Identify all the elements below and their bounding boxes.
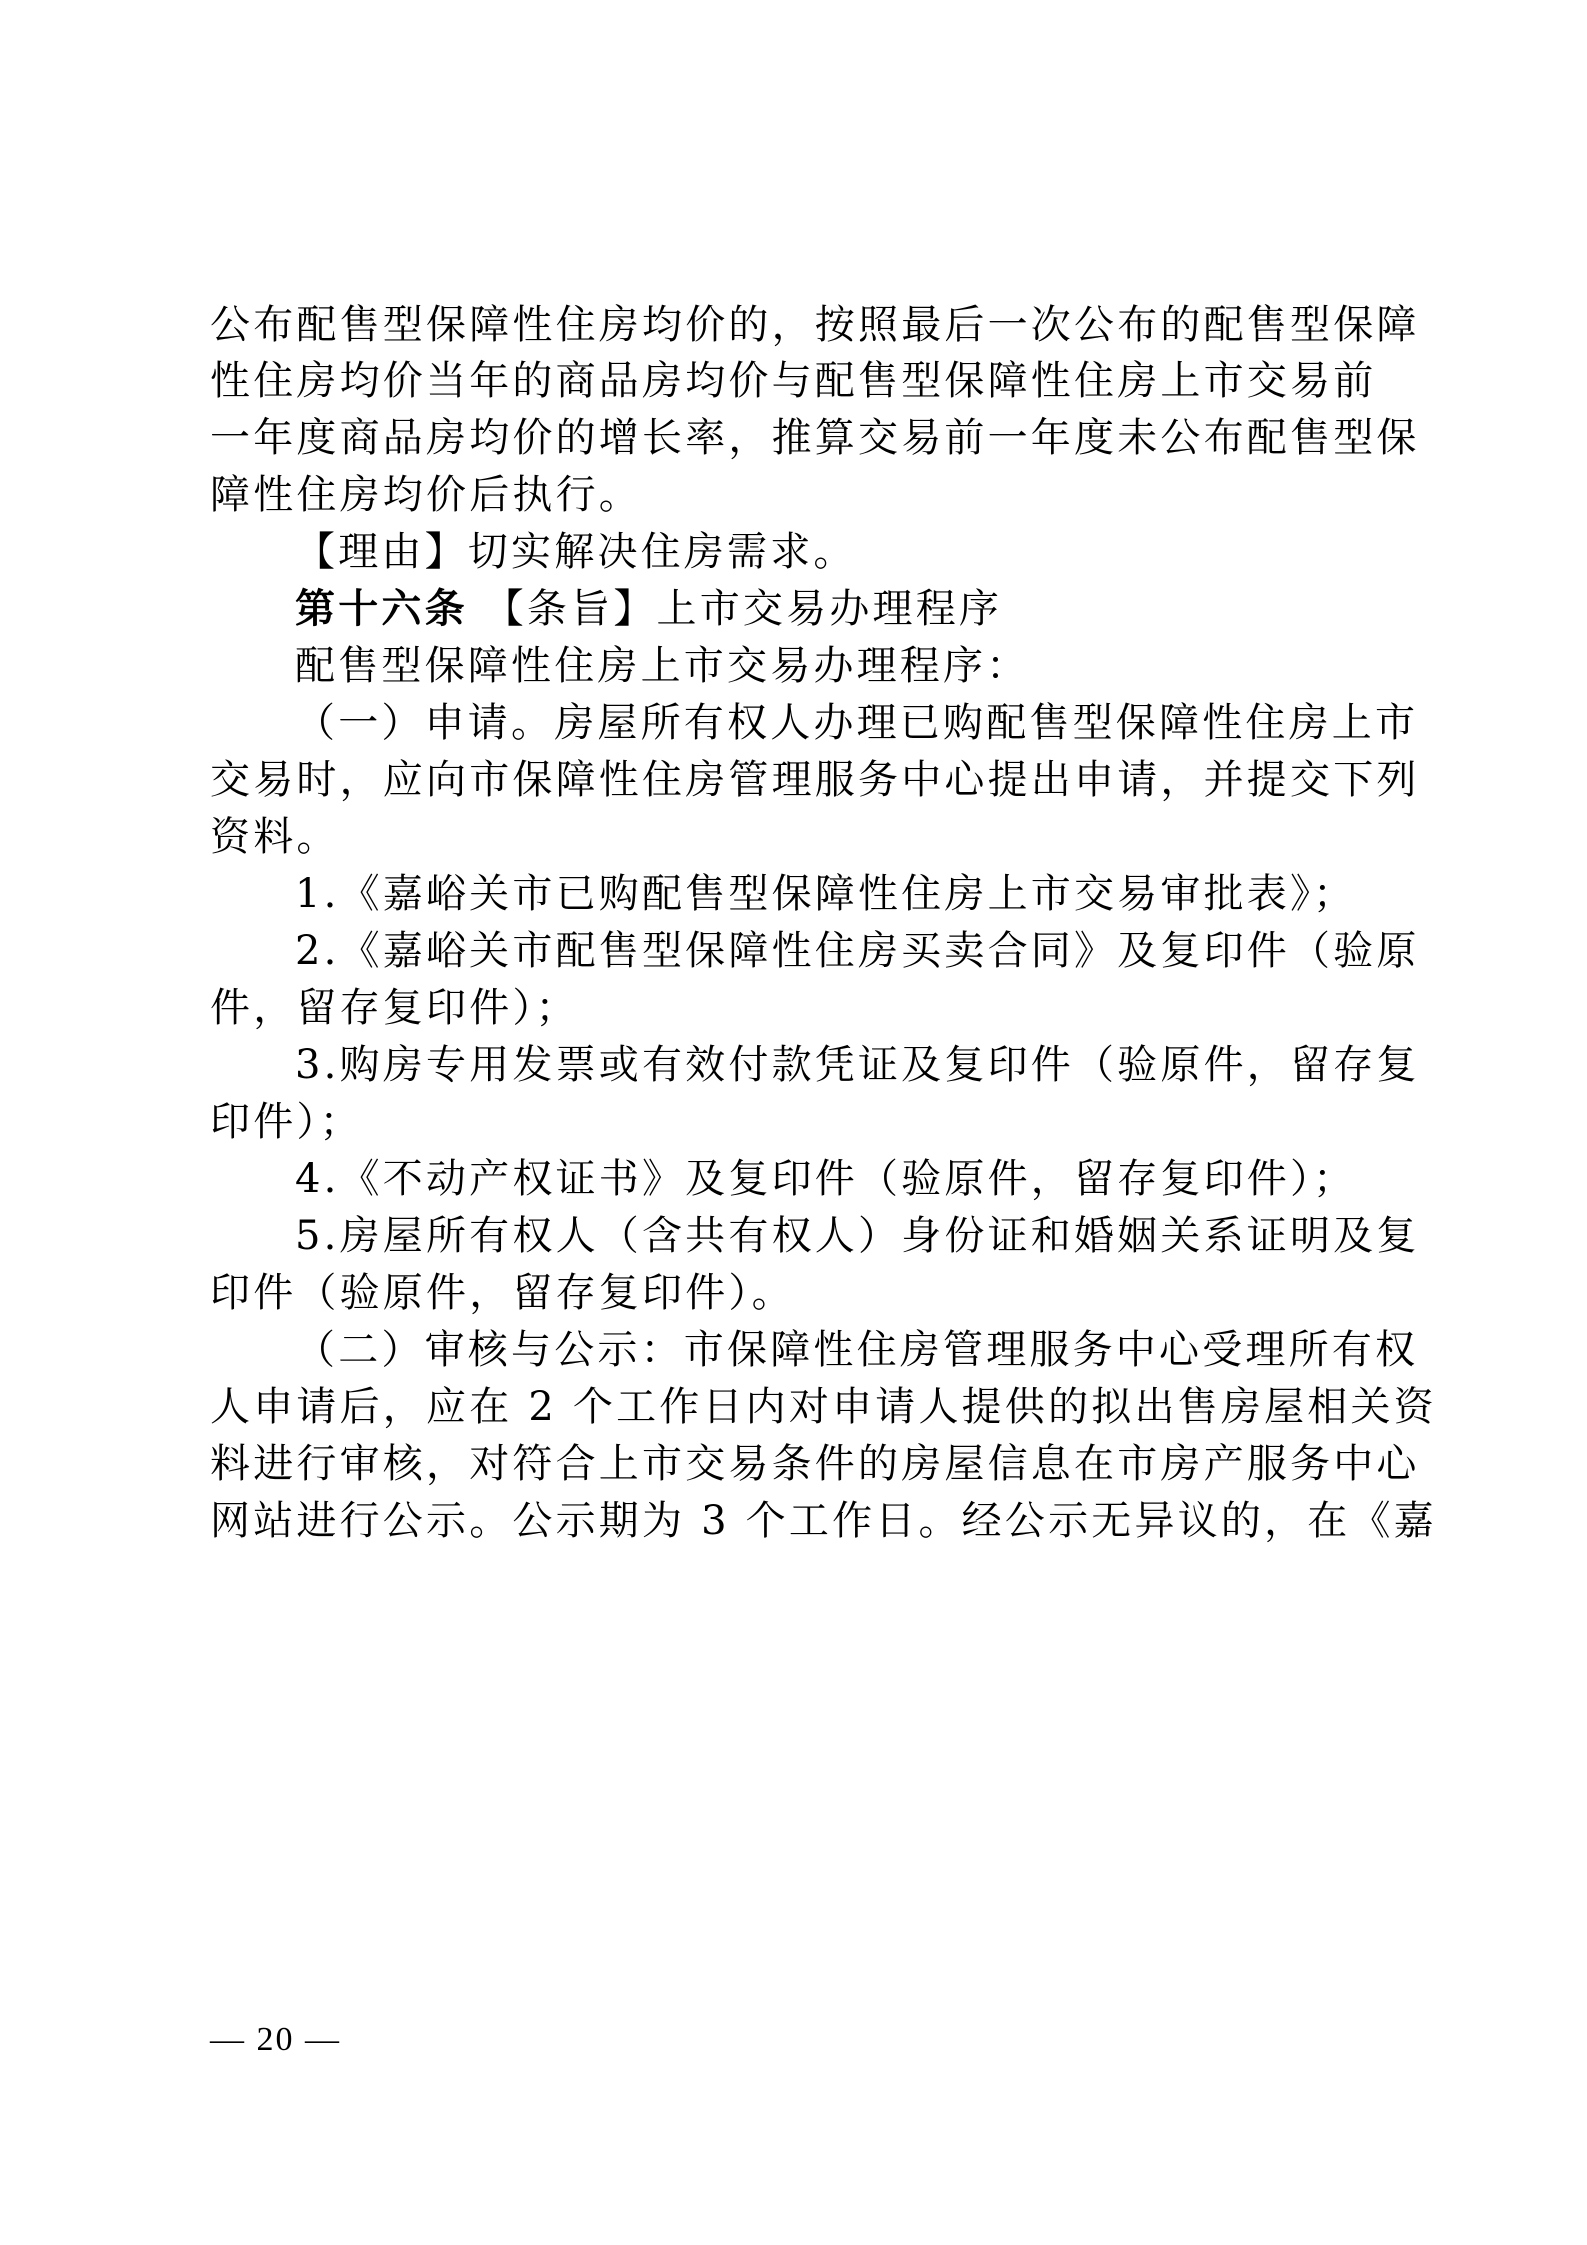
document-page: 公布配售型保障性住房均价的，按照最后一次公布的配售型保障 性住房均价当年的商品房… xyxy=(0,0,1587,2245)
paragraph-line: 交易时，应向市保障性住房管理服务中心提出申请，并提交下列 xyxy=(210,755,1390,805)
paragraph-line: 人申请后，应在 2 个工作日内对申请人提供的拟出售房屋相关资 xyxy=(210,1382,1390,1432)
paragraph-line: 公布配售型保障性住房均价的，按照最后一次公布的配售型保障 xyxy=(210,300,1390,350)
reason-line: 【理由】切实解决住房需求。 xyxy=(295,527,1475,577)
list-item-continuation: 件，留存复印件）； xyxy=(210,983,1390,1033)
list-item: 2.《嘉峪关市配售型保障性住房买卖合同》及复印件（验原 xyxy=(295,926,1475,976)
list-item: 5.房屋所有权人（含共有权人）身份证和婚姻关系证明及复 xyxy=(295,1211,1475,1261)
paragraph-line: （一）申请。房屋所有权人办理已购配售型保障性住房上市 xyxy=(295,698,1475,748)
paragraph-line: 一年度商品房均价的增长率，推算交易前一年度未公布配售型保 xyxy=(210,413,1390,463)
list-item: 4.《不动产权证书》及复印件（验原件，留存复印件）； xyxy=(295,1154,1475,1204)
paragraph-line: 资料。 xyxy=(210,812,1390,862)
paragraph-line: 料进行审核，对符合上市交易条件的房屋信息在市房产服务中心 xyxy=(210,1439,1390,1489)
paragraph-line: 配售型保障性住房上市交易办理程序： xyxy=(295,641,1475,691)
paragraph-line: 障性住房均价后执行。 xyxy=(210,470,1390,520)
article-gist: 【条旨】上市交易办理程序 xyxy=(484,586,1002,632)
page-number: — 20 — xyxy=(210,2020,341,2060)
list-item-continuation: 印件）； xyxy=(210,1097,1390,1147)
list-item-continuation: 印件（验原件，留存复印件）。 xyxy=(210,1268,1390,1318)
list-item: 1.《嘉峪关市已购配售型保障性住房上市交易审批表》； xyxy=(295,869,1475,919)
article-heading: 第十六条 【条旨】上市交易办理程序 xyxy=(295,584,1475,634)
paragraph-line: 性住房均价当年的商品房均价与配售型保障性住房上市交易前 xyxy=(210,356,1390,406)
paragraph-line: 网站进行公示。公示期为 3 个工作日。经公示无异议的，在《嘉 xyxy=(210,1496,1390,1546)
list-item: 3.购房专用发票或有效付款凭证及复印件（验原件，留存复 xyxy=(295,1040,1475,1090)
paragraph-line: （二）审核与公示：市保障性住房管理服务中心受理所有权 xyxy=(295,1325,1475,1375)
article-number: 第十六条 xyxy=(295,586,468,632)
